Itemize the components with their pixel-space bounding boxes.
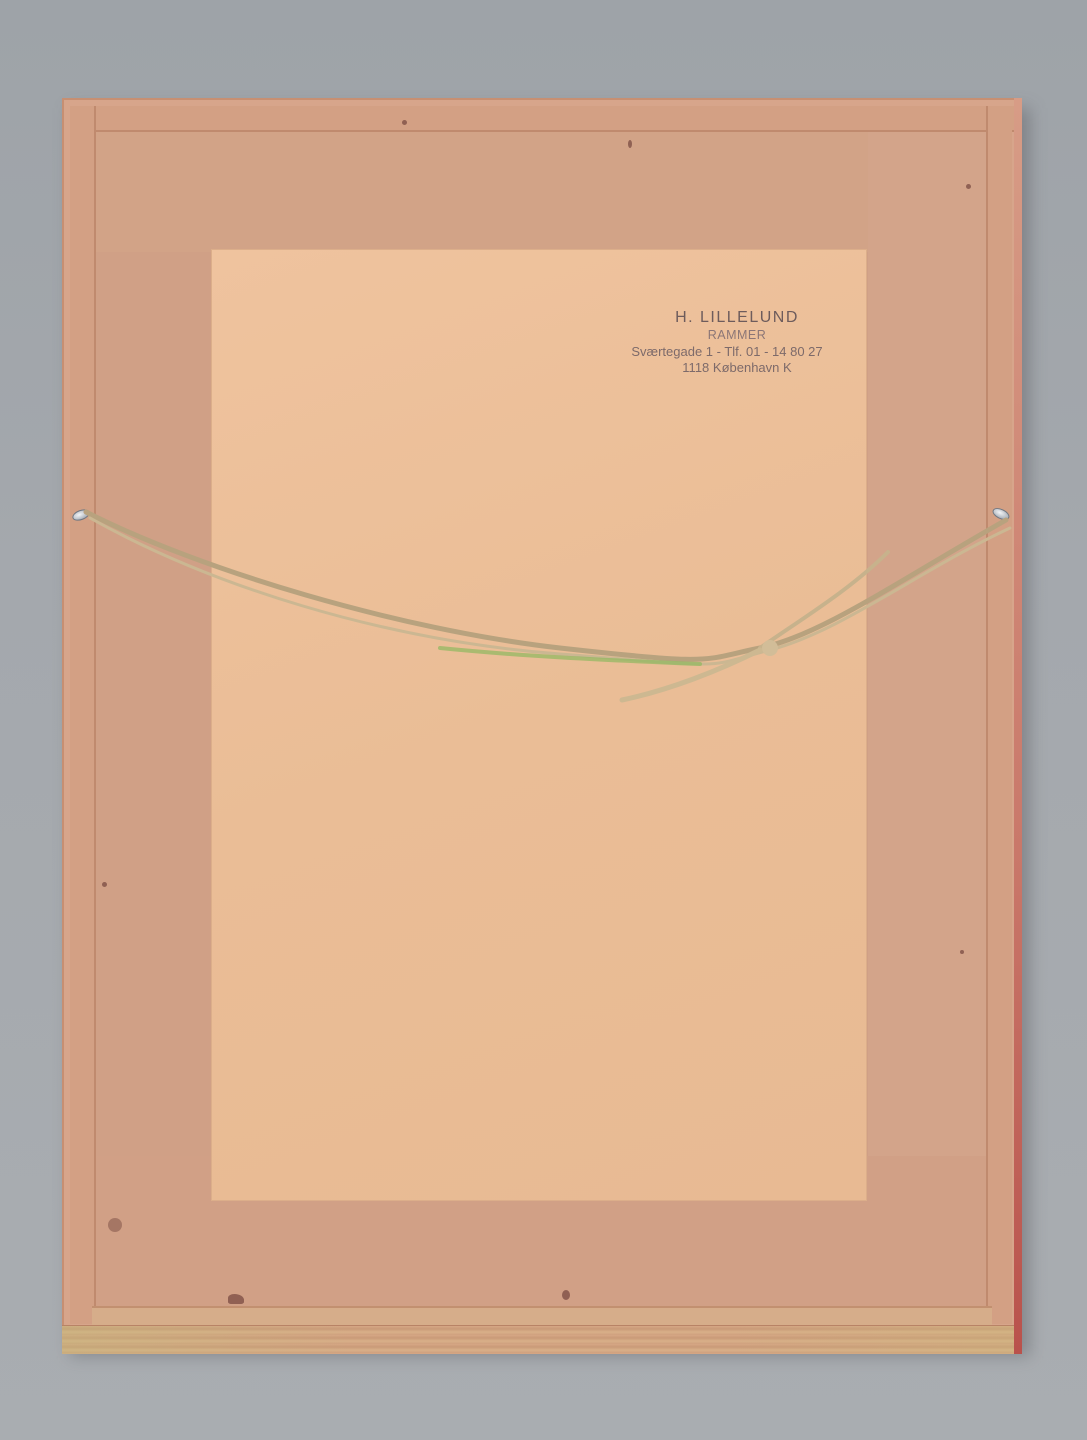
hanging-twine: [0, 0, 1087, 1440]
